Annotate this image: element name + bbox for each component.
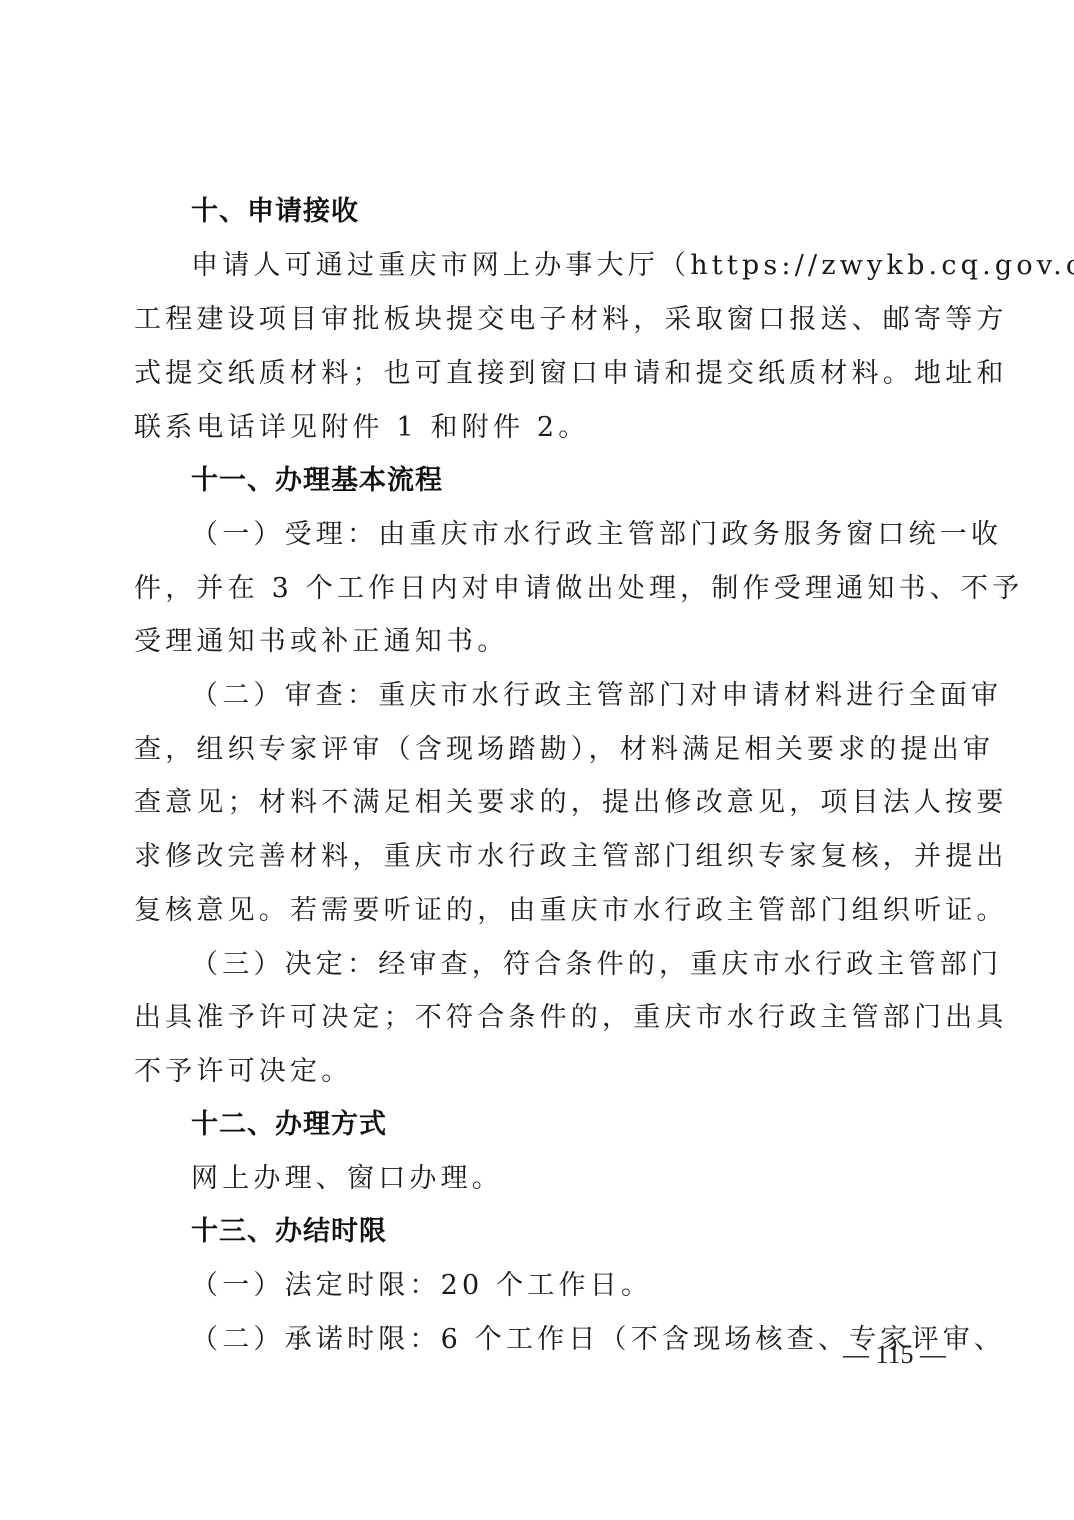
paragraph-line: （一）法定时限：20 个工作日。: [134, 1266, 944, 1306]
paragraph-line: 复核意见。若需要听证的，由重庆市水行政主管部门组织听证。: [134, 891, 944, 931]
section-heading-11: 十一、办理基本流程: [134, 461, 944, 501]
paragraph-line: 不予许可决定。: [134, 1052, 944, 1092]
paragraph-line: （二）承诺时限：6 个工作日（不含现场核查、专家评审、: [134, 1320, 944, 1360]
paragraph-line: （二）审查：重庆市水行政主管部门对申请材料进行全面审: [134, 676, 944, 716]
paragraph-line: 求修改完善材料，重庆市水行政主管部门组织专家复核，并提出: [134, 837, 944, 877]
paragraph-line: 查，组织专家评审（含现场踏勘），材料满足相关要求的提出审: [134, 730, 944, 770]
paragraph-line: 式提交纸质材料；也可直接到窗口申请和提交纸质材料。地址和: [134, 354, 944, 394]
paragraph-line: 受理通知书或补正通知书。: [134, 622, 944, 662]
paragraph-line: 联系电话详见附件 1 和附件 2。: [134, 408, 944, 448]
paragraph-line: 查意见；材料不满足相关要求的，提出修改意见，项目法人按要: [134, 783, 944, 823]
paragraph-line: 工程建设项目审批板块提交电子材料，采取窗口报送、邮寄等方: [134, 300, 944, 340]
paragraph-line: 网上办理、窗口办理。: [134, 1159, 944, 1199]
paragraph-line: 申请人可通过重庆市网上办事大厅（https://zwykb.cq.gov.cn/…: [134, 246, 944, 286]
section-heading-10: 十、申请接收: [134, 192, 944, 232]
section-heading-13: 十三、办结时限: [134, 1212, 944, 1252]
paragraph-line: 件，并在 3 个工作日内对申请做出处理，制作受理通知书、不予: [134, 569, 944, 609]
paragraph-line: （三）决定：经审查，符合条件的，重庆市水行政主管部门: [134, 945, 944, 985]
paragraph-line: （一）受理：由重庆市水行政主管部门政务服务窗口统一收: [134, 515, 944, 555]
paragraph-line: 出具准予许可决定；不符合条件的，重庆市水行政主管部门出具: [134, 998, 944, 1038]
section-heading-12: 十二、办理方式: [134, 1105, 944, 1145]
page-number: — 115 —: [826, 1340, 946, 1370]
